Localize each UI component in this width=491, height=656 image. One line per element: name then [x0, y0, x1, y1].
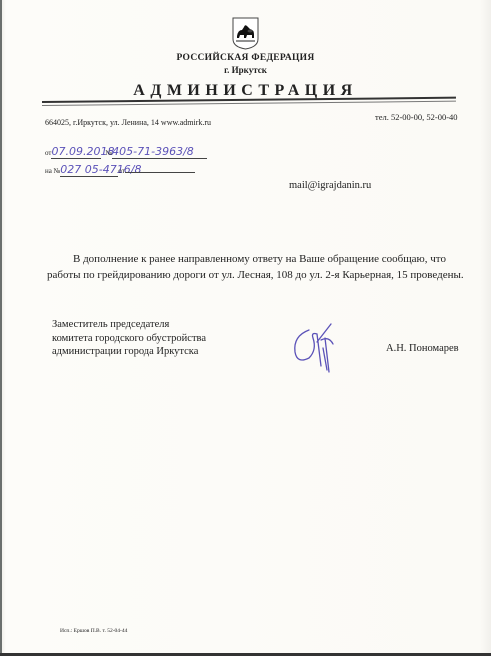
position-line-1: Заместитель председателя [52, 318, 206, 332]
document-page: РОССИЙСКАЯ ФЕДЕРАЦИЯ г. Иркутск АДМИНИСТ… [0, 0, 491, 656]
registration-date: 07.09.2018 [51, 145, 101, 159]
reference-number: 027 05-4716/8 [60, 163, 118, 177]
reference-line: на №027 05-4716/8от [45, 160, 195, 178]
registration-line: от07.09.2018 №405-71-3963/8 [45, 142, 207, 160]
organization-address: 664025, г.Иркутск, ул. Ленина, 14 www.ad… [45, 118, 211, 127]
signatory-position: Заместитель председателя комитета городс… [52, 318, 206, 359]
position-line-2: комитета городского обустройства [52, 332, 206, 346]
executor-note: Исп.: Ершов П.В. т. 52-04-44 [60, 628, 127, 634]
position-line-3: администрации города Иркутска [52, 345, 206, 359]
coat-of-arms-icon [232, 17, 259, 50]
body-paragraph: В дополнение к ранее направленному ответ… [47, 252, 480, 283]
signature-icon [287, 318, 347, 378]
letter-body: В дополнение к ранее направленному ответ… [60, 252, 480, 283]
organization-phones: тел. 52-00-00, 52-00-40 [375, 112, 458, 122]
signatory-name: А.Н. Пономарев [386, 343, 459, 354]
number-label: № [105, 149, 112, 157]
country-name: РОССИЙСКАЯ ФЕДЕРАЦИЯ [0, 53, 491, 63]
recipient-email: mail@igrajdanin.ru [289, 180, 371, 191]
ref-label: на № [45, 167, 60, 175]
reference-date [125, 162, 195, 173]
registration-number: 405-71-3963/8 [112, 145, 207, 159]
city-name: г. Иркутск [0, 65, 491, 75]
